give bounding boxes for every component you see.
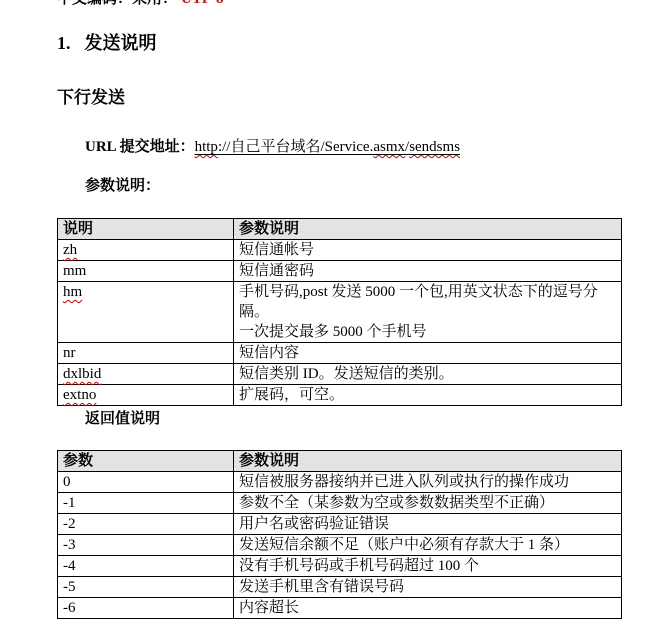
key-text: 0 bbox=[63, 474, 71, 490]
table-row: nr短信内容 bbox=[58, 343, 622, 364]
key-text: mm bbox=[63, 263, 86, 279]
description-cell: 用户名或密码验证错误 bbox=[234, 514, 622, 535]
table-row: -5发送手机里含有错误号码 bbox=[58, 577, 622, 598]
encoding-note-prefix: 中文编码：采用： bbox=[57, 0, 177, 7]
description-cell: 扩展码，可空。 bbox=[234, 385, 622, 406]
description-cell: 发送短信余额不足（账户中必须有存款大于 1 条） bbox=[234, 535, 622, 556]
encoding-note-line: 中文编码：采用：UTF-8 bbox=[57, 0, 224, 8]
description-cell: 手机号码,post 发送 5000 一个包,用英文状态下的逗号分隔。一次提交最多… bbox=[234, 282, 622, 343]
description-cell: 短信通密码 bbox=[234, 261, 622, 282]
key-text: hm bbox=[63, 284, 82, 300]
table-row: 0短信被服务器接纳并已进入队列或执行的操作成功 bbox=[58, 472, 622, 493]
key-cell: 0 bbox=[58, 472, 234, 493]
description-cell: 参数不全（某参数为空或参数数据类型不正确） bbox=[234, 493, 622, 514]
description-cell: 发送手机里含有错误号码 bbox=[234, 577, 622, 598]
key-text: -3 bbox=[63, 537, 76, 553]
key-cell: -3 bbox=[58, 535, 234, 556]
table-row: hm手机号码,post 发送 5000 一个包,用英文状态下的逗号分隔。一次提交… bbox=[58, 282, 622, 343]
table-row: mm短信通密码 bbox=[58, 261, 622, 282]
url-submit-line: URL 提交地址：http://自己平台域名/Service.asmx/send… bbox=[85, 138, 460, 156]
description-cell: 短信通帐号 bbox=[234, 240, 622, 261]
key-cell: -6 bbox=[58, 598, 234, 619]
return-values-label: 返回值说明 bbox=[85, 410, 160, 428]
key-text: nr bbox=[63, 345, 76, 361]
table-row: -1参数不全（某参数为空或参数数据类型不正确） bbox=[58, 493, 622, 514]
table-row: -6内容超长 bbox=[58, 598, 622, 619]
table-row: -3发送短信余额不足（账户中必须有存款大于 1 条） bbox=[58, 535, 622, 556]
key-text: -4 bbox=[63, 558, 76, 574]
subsection-heading: 下行发送 bbox=[57, 87, 125, 109]
encoding-value: UTF-8 bbox=[181, 0, 224, 7]
return-table-header-row: 参数参数说明 bbox=[58, 451, 622, 472]
key-cell: extno bbox=[58, 385, 234, 406]
column-header: 参数说明 bbox=[234, 451, 622, 472]
key-text: -6 bbox=[63, 600, 76, 616]
key-cell: -1 bbox=[58, 493, 234, 514]
url-segment-misspelled: asmx bbox=[373, 139, 405, 155]
url-segment: ://自己平台域名/Service. bbox=[218, 139, 373, 155]
params-label: 参数说明： bbox=[85, 177, 160, 195]
section-number: 1. bbox=[57, 31, 71, 55]
key-text: -1 bbox=[63, 495, 76, 511]
return-table: 参数参数说明 0短信被服务器接纳并已进入队列或执行的操作成功-1参数不全（某参数… bbox=[57, 450, 622, 619]
url-label: URL 提交地址： bbox=[85, 139, 195, 155]
section-title: 发送说明 bbox=[85, 33, 157, 53]
key-cell: hm bbox=[58, 282, 234, 343]
description-cell: 短信内容 bbox=[234, 343, 622, 364]
key-cell: -4 bbox=[58, 556, 234, 577]
column-header: 参数说明 bbox=[234, 219, 622, 240]
description-cell: 内容超长 bbox=[234, 598, 622, 619]
description-cell: 短信被服务器接纳并已进入队列或执行的操作成功 bbox=[234, 472, 622, 493]
table-row: zh短信通帐号 bbox=[58, 240, 622, 261]
key-cell: -2 bbox=[58, 514, 234, 535]
description-cell: 短信类别 ID。发送短信的类别。 bbox=[234, 364, 622, 385]
key-cell: -5 bbox=[58, 577, 234, 598]
url-segment-misspelled: sendsms bbox=[409, 139, 460, 155]
column-header: 说明 bbox=[58, 219, 234, 240]
table-row: -2用户名或密码验证错误 bbox=[58, 514, 622, 535]
table-row: -4没有手机号码或手机号码超过 100 个 bbox=[58, 556, 622, 577]
param-table: 说明参数说明 zh短信通帐号mm短信通密码hm手机号码,post 发送 5000… bbox=[57, 218, 622, 406]
section-heading: 1.发送说明 bbox=[57, 31, 157, 55]
url-segment-misspelled: http bbox=[195, 139, 218, 155]
key-text: zh bbox=[63, 242, 77, 258]
key-text: dxlbid bbox=[63, 366, 101, 382]
key-cell: mm bbox=[58, 261, 234, 282]
url-link[interactable]: http://自己平台域名/Service.asmx/sendsms bbox=[195, 139, 460, 155]
key-text: -5 bbox=[63, 579, 76, 595]
key-cell: nr bbox=[58, 343, 234, 364]
param-table-header-row: 说明参数说明 bbox=[58, 219, 622, 240]
table-row: dxlbid短信类别 ID。发送短信的类别。 bbox=[58, 364, 622, 385]
key-cell: dxlbid bbox=[58, 364, 234, 385]
column-header: 参数 bbox=[58, 451, 234, 472]
key-text: -2 bbox=[63, 516, 76, 532]
description-cell: 没有手机号码或手机号码超过 100 个 bbox=[234, 556, 622, 577]
key-cell: zh bbox=[58, 240, 234, 261]
table-row: extno扩展码，可空。 bbox=[58, 385, 622, 406]
key-text: extno bbox=[63, 387, 96, 403]
